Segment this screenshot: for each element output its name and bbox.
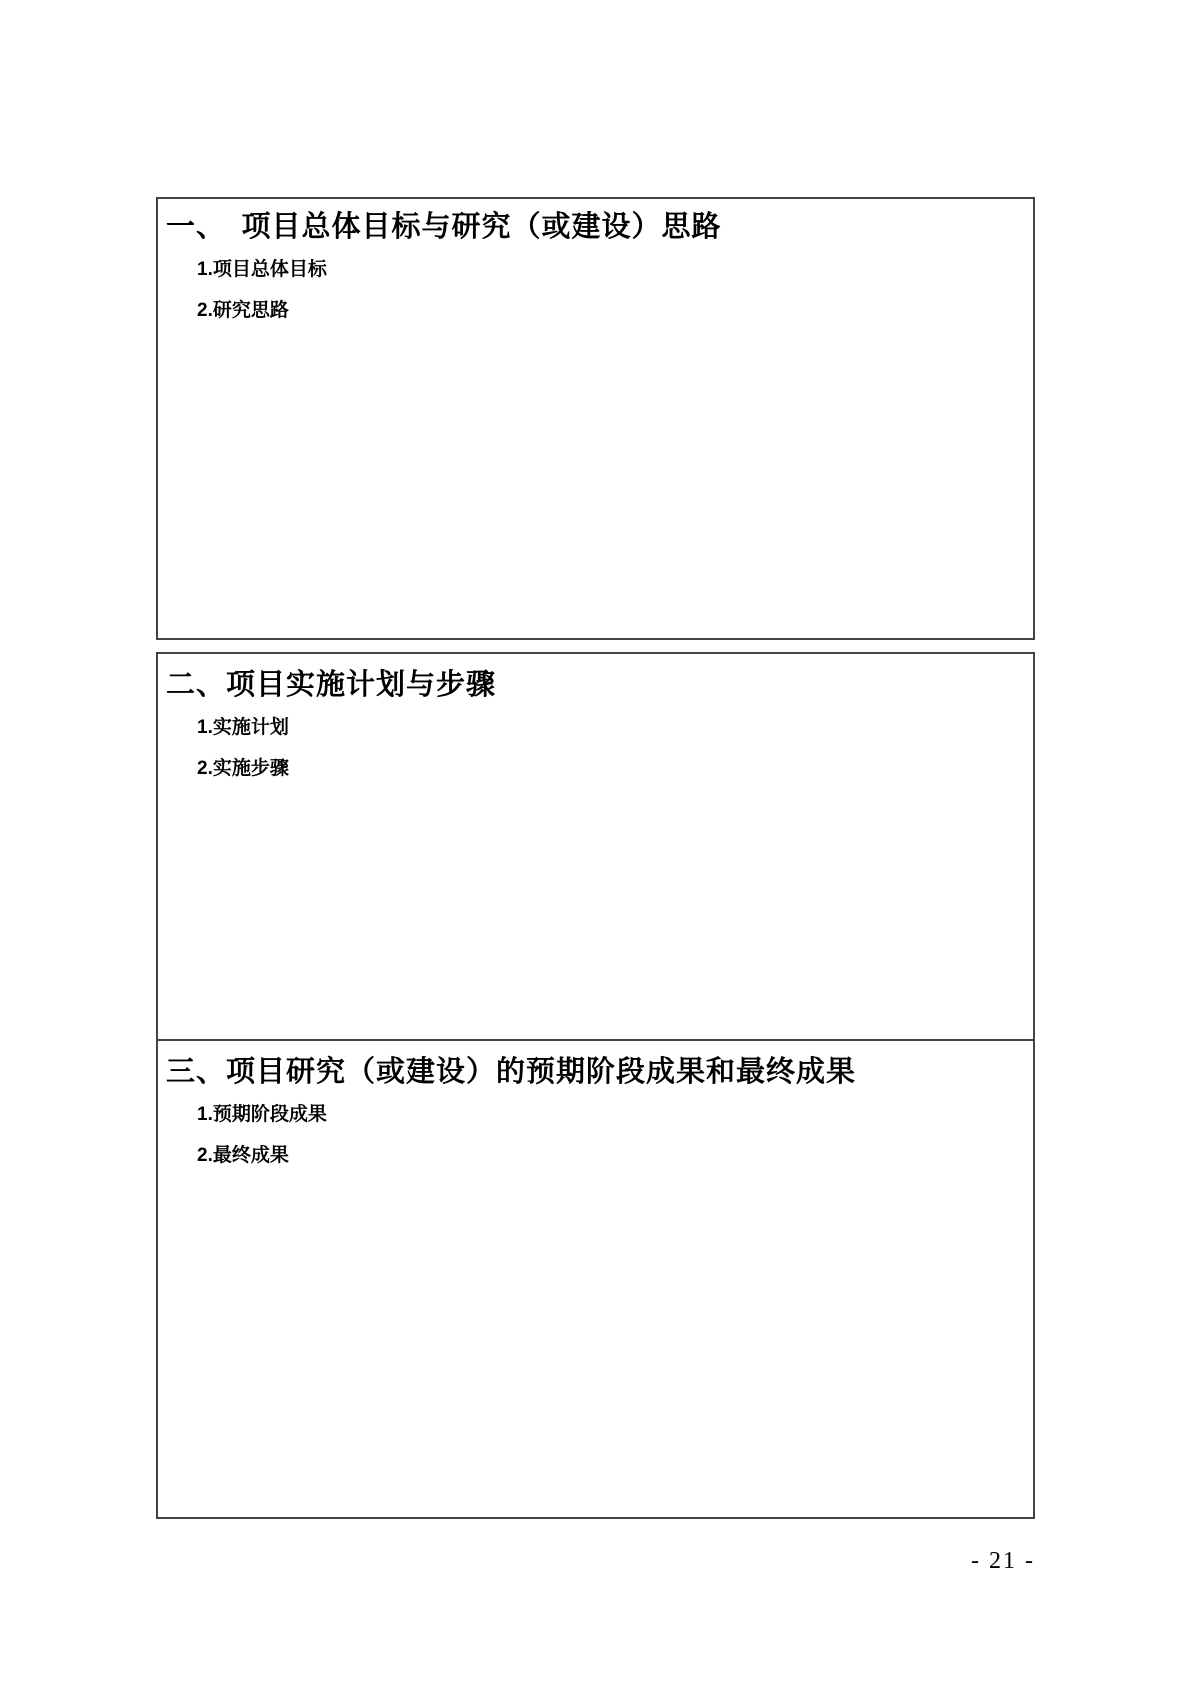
section-3-box: 三、项目研究（或建设）的预期阶段成果和最终成果 1.预期阶段成果 2.最终成果: [158, 1054, 1033, 1545]
section-2-heading: 二、项目实施计划与步骤: [166, 667, 1033, 703]
section-1-item-2: 2.研究思路: [197, 299, 1033, 324]
section-1-heading: 一、 项目总体目标与研究（或建设）思路: [166, 209, 1033, 245]
page-number: - 21 -: [971, 1548, 1035, 1575]
section-2-item-1: 1.实施计划: [197, 716, 1033, 741]
section-2-item-2: 2.实施步骤: [197, 757, 1033, 782]
section-3-heading: 三、项目研究（或建设）的预期阶段成果和最终成果: [166, 1054, 1033, 1090]
section-3-item-1: 1.预期阶段成果: [197, 1103, 1033, 1128]
section-3-item-2: 2.最终成果: [197, 1144, 1033, 1169]
document-page: 一、 项目总体目标与研究（或建设）思路 1.项目总体目标 2.研究思路 二、项目…: [0, 0, 1191, 1684]
section-2-box: 二、项目实施计划与步骤 1.实施计划 2.实施步骤: [158, 667, 1033, 1041]
section-1-box: 一、 项目总体目标与研究（或建设）思路 1.项目总体目标 2.研究思路: [156, 197, 1035, 640]
section-1-item-1: 1.项目总体目标: [197, 258, 1033, 283]
section-2-3-box: 二、项目实施计划与步骤 1.实施计划 2.实施步骤 三、项目研究（或建设）的预期…: [156, 652, 1035, 1519]
